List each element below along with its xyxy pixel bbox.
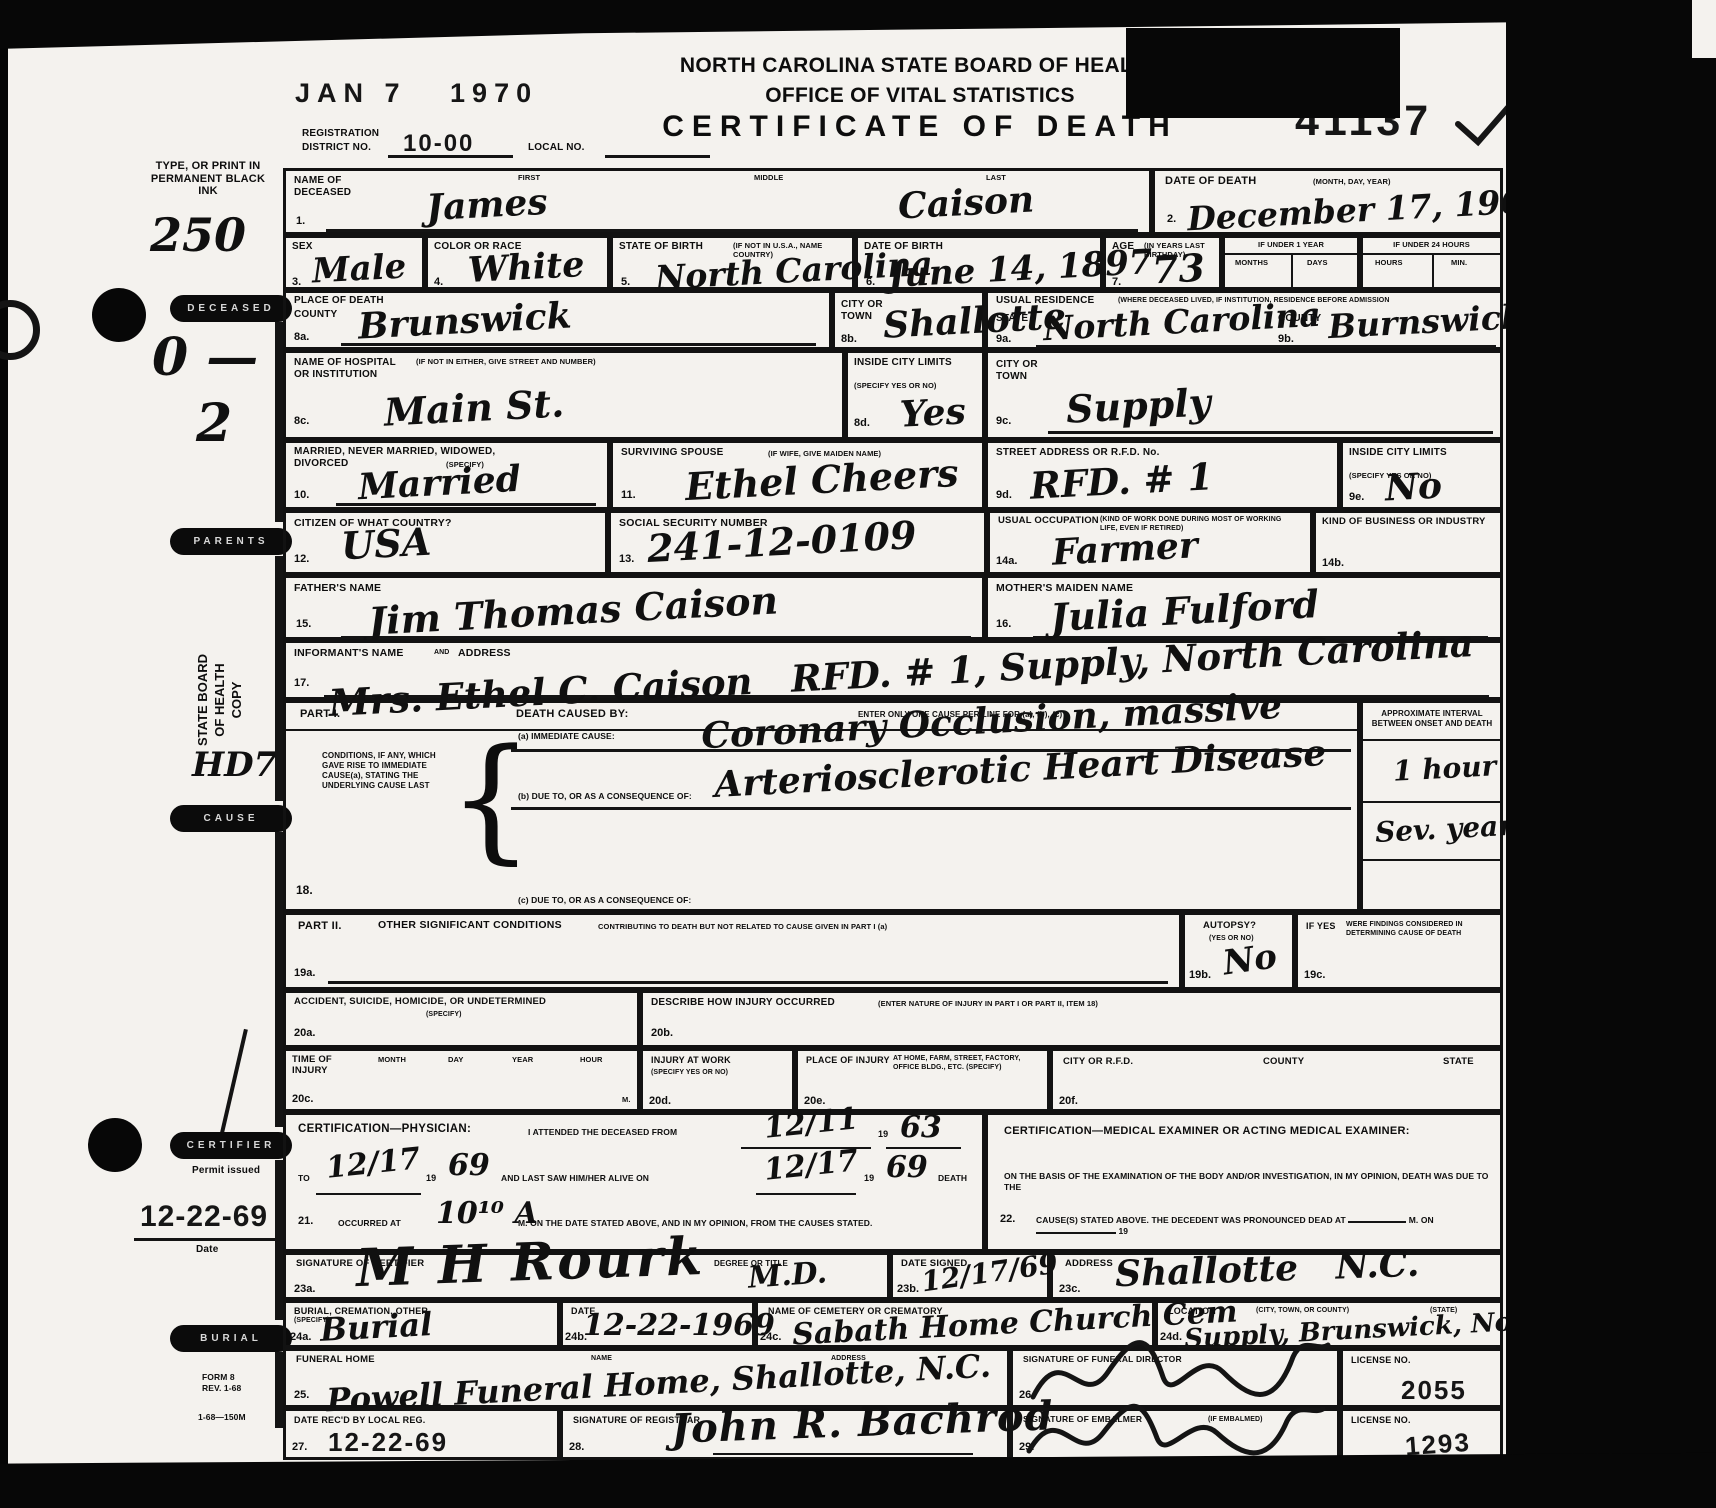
attended-to-year: 69 [448,1151,490,1181]
autopsy-value: No [1221,939,1279,980]
writing-line [886,1147,961,1149]
time-of-injury-label: TIME OF INJURY [292,1055,356,1077]
cause-a-label: (a) IMMEDIATE CAUSE: [518,731,615,742]
industry-label: KIND OF BUSINESS OR INDUSTRY [1322,517,1502,528]
certifier-signature: M H Rourk [355,1231,706,1295]
field-if-under-24-hours: IF UNDER 24 HOURS HOURS MIN. [1360,235,1503,290]
attended-from-value: 12/11 [763,1104,860,1144]
injury-at-work-label: INJURY AT WORK [651,1055,761,1065]
field-informant: INFORMANT'S NAME AND ADDRESS 17. Mrs. Et… [283,640,1503,700]
date-received-value: 12-22-69 [328,1429,448,1455]
item-number: 22. [1000,1213,1015,1225]
divider [1363,859,1500,861]
describe-injury-hint: (ENTER NATURE OF INJURY IN PART I OR PAR… [878,999,1098,1008]
part2-title: OTHER SIGNIFICANT CONDITIONS [378,920,562,932]
item-number: 19a. [294,967,315,979]
org-name-line2: OFFICE OF VITAL STATISTICS [655,84,1185,107]
field-interval-onset-death: APPROXIMATE INTERVAL BETWEEN ONSET AND D… [1360,700,1503,912]
under-24-hours-label: IF UNDER 24 HOURS [1363,240,1500,249]
permit-issued-label: Permit issued [192,1165,260,1177]
signature-flourish [713,1453,973,1455]
cause-b-label: (b) DUE TO, OR AS A CONSEQUENCE OF: [518,791,692,802]
field-inside-city-limits-residence: INSIDE CITY LIMITS (SPECIFY YES OR NO) 9… [1340,440,1503,510]
mothers-name-value: Julia Fulford [1049,585,1320,637]
attended-to-value: 12/17 [325,1144,422,1184]
city-or-rfd-label: CITY OR R.F.D. [1063,1057,1133,1068]
field-embalmer-license: LICENSE NO. 1293 [1340,1408,1503,1460]
date-of-death-value: December 17, 1969 [1186,184,1547,236]
field-inside-city-limits-death: INSIDE CITY LIMITS (SPECIFY YES OR NO) 8… [845,350,985,440]
item-number: 25. [294,1389,309,1401]
permit-date-stamp: 12-22-69 [140,1202,268,1232]
field-accident-suicide-homicide: ACCIDENT, SUICIDE, HOMICIDE, OR UNDETERM… [283,990,640,1048]
form-number-line1: FORM 8 [202,1372,235,1383]
field-place-of-injury: PLACE OF INJURY AT HOME, FARM, STREET, F… [795,1048,1050,1112]
interval-label: APPROXIMATE INTERVAL BETWEEN ONSET AND D… [1367,709,1497,729]
scan-corner-sliver [1692,0,1716,58]
hour-label: HOUR [580,1055,602,1064]
last-saw-text: AND LAST SAW HIM/HER ALIVE ON [501,1173,649,1184]
inside-city-limits-label: INSIDE CITY LIMITS [1349,447,1459,459]
scan-edge-right [1506,0,1716,1508]
field-autopsy: AUTOPSY? (YES OR NO) 19b. No [1182,912,1295,990]
informant-label: INFORMANT'S NAME [294,647,404,659]
item-number: 23a. [294,1283,315,1295]
month-label: MONTH [378,1055,406,1064]
accident-label: ACCIDENT, SUICIDE, HOMICIDE, OR UNDETERM… [294,997,594,1008]
hospital-hint: (IF NOT IN EITHER, GIVE STREET AND NUMBE… [416,357,676,366]
local-no-label: LOCAL NO. [528,142,585,154]
item-number: 20a. [294,1027,315,1039]
attended-text: I ATTENDED THE DECEASED FROM [528,1127,677,1138]
part2-hint: CONTRIBUTING TO DEATH BUT NOT RELATED TO… [598,922,1158,931]
field-date-received: DATE REC'D BY LOCAL REG. 27. 12-22-69 [283,1408,560,1460]
item-number: 27. [292,1441,307,1453]
date-signed-value: 12/17/69 [920,1250,1060,1297]
burial-value: Burial [319,1308,433,1346]
margin-tab-parents: PARENTS [170,528,292,555]
physician-cert-label: CERTIFICATION—PHYSICIAN: [298,1123,471,1136]
occupation-label: USUAL OCCUPATION [998,516,1099,527]
item-number: 9b. [1278,333,1294,345]
field-time-of-injury: TIME OF INJURY MONTH DAY YEAR HOUR 20c. … [283,1048,640,1112]
hole-punch-bottom [88,1118,142,1172]
field-injury-at-work: INJURY AT WORK (SPECIFY YES OR NO) 20d. [640,1048,795,1112]
form-number-line2: REV. 1-68 [202,1383,241,1394]
field-certifier-address: ADDRESS 23c. Shallotte N.C. [1050,1252,1503,1300]
citizen-value: USA [340,523,432,566]
informant-and: AND [434,649,449,658]
divider [1291,253,1293,290]
place-of-injury-hint: AT HOME, FARM, STREET, FACTORY, OFFICE B… [893,1055,1043,1073]
item-number: 9e. [1349,491,1364,503]
field-director-license: LICENSE NO. 2055 [1340,1348,1503,1408]
field-county-of-death: PLACE OF DEATH COUNTY 8a. Brunswick [283,290,832,350]
field-color-or-race: COLOR OR RACE 4. White [425,235,610,290]
field-ssn: SOCIAL SECURITY NUMBER 13. 241-12-0109 [608,510,987,575]
field-age: AGE (IN YEARS LAST BIRTHDAY) 7. 73 [1103,235,1222,290]
printed-19: 19 [426,1173,436,1184]
margin-tab-deceased: DECEASED [170,295,292,322]
findings-hint: WERE FINDINGS CONSIDERED IN DETERMINING … [1346,921,1496,939]
ink-instruction: TYPE, OR PRINT IN PERMANENT BLACK INK [142,160,274,198]
embalmer-signature [1021,1383,1331,1468]
field-hospital-or-institution: NAME OF HOSPITAL OR INSTITUTION (IF NOT … [283,350,845,440]
item-number: 3. [292,276,301,288]
field-certification-medical-examiner: CERTIFICATION—MEDICAL EXAMINER OR ACTING… [985,1112,1503,1252]
field-findings-considered: IF YES WERE FINDINGS CONSIDERED IN DETER… [1295,912,1503,990]
age-value: 73 [1151,249,1206,290]
street-address-value: RFD. # 1 [1029,458,1214,505]
part1-title: DEATH CAUSED BY: [516,708,629,720]
place-of-injury-label: PLACE OF INJURY [806,1055,890,1065]
item-number: 14b. [1322,557,1344,569]
item-number: 14a. [996,555,1017,567]
item-number: 9c. [996,415,1011,427]
residence-city-value: Supply [1065,383,1212,429]
age-label: AGE [1112,241,1134,253]
district-no-value: 10-00 [403,132,474,156]
field-residence-city: CITY OR TOWN 9c. Supply [985,350,1503,440]
field-occupation: USUAL OCCUPATION (KIND OF WORK DONE DURI… [987,510,1313,575]
state-label: STATE [1443,1057,1474,1068]
item-number: 5. [621,276,630,288]
director-license-value: 2055 [1401,1377,1467,1403]
injury-at-work-hint: (SPECIFY YES OR NO) [651,1069,728,1078]
divider [1363,739,1500,741]
field-date-of-birth: DATE OF BIRTH 6. June 14, 1897 [855,235,1103,290]
race-value: White [467,247,585,288]
inside-city-limits-hint: (SPECIFY YES OR NO) [854,381,954,390]
margin-scribble-2: 2 [196,398,232,450]
scan-black-block [1126,28,1400,118]
item-number: 23c. [1059,1283,1080,1295]
item-number: 2. [1167,213,1176,225]
item-number: 12. [294,553,309,565]
item-number: 24a. [290,1331,311,1343]
item-number: 21. [298,1215,313,1227]
address-label: ADDRESS [1065,1259,1113,1270]
permit-date-caption: Date [196,1244,218,1256]
field-injury-city-county-state: CITY OR R.F.D. COUNTY STATE 20f. [1050,1048,1503,1112]
street-address-label: STREET ADDRESS OR R.F.D. No. [996,447,1160,459]
county-label: COUNTY [1278,313,1321,325]
marital-value: Married [357,461,522,505]
date-of-death-label: DATE OF DEATH [1165,175,1257,187]
writing-line [326,229,1138,232]
me-19: 19 [1118,1226,1128,1236]
informant-address-label: ADDRESS [458,647,511,659]
divider [1363,801,1500,803]
print-run-code: 1-68—150M [198,1412,246,1423]
date-of-death-hint: (MONTH, DAY, YEAR) [1313,177,1391,186]
state-of-birth-label: STATE OF BIRTH [619,241,703,253]
item-number: 7. [1112,276,1121,288]
county-label: COUNTY [294,309,337,321]
org-name-line1: NORTH CAROLINA STATE BOARD OF HEALTH [655,54,1185,77]
ssn-value: 241-12-0109 [646,516,917,568]
item-number: 20f. [1059,1095,1078,1107]
hospital-label: NAME OF HOSPITAL OR INSTITUTION [294,357,412,380]
date-of-birth-label: DATE OF BIRTH [864,241,943,253]
license-label: LICENSE NO. [1351,1355,1411,1365]
hole-punch-top [92,288,146,342]
item-number: 20c. [292,1093,313,1105]
me-meridiem: M. ON [1409,1215,1434,1225]
location-label: LOCATION [1168,1306,1216,1316]
item-number: 20b. [651,1027,673,1039]
printed-19: 19 [864,1173,874,1184]
me-pronounced-part1: CAUSE(S) STATED ABOVE. THE DECEDENT WAS … [1036,1215,1346,1225]
item-number: 6. [866,276,875,288]
margin-scribble-cause: HD7 [192,748,277,782]
item-number: 8a. [294,331,309,343]
me-pronounced-text: CAUSE(S) STATED ABOVE. THE DECEDENT WAS … [1036,1215,1502,1236]
writing-line [328,981,1168,984]
cause-c-label: (c) DUE TO, OR AS A CONSEQUENCE OF: [518,895,691,906]
writing-line [756,1193,856,1195]
printed-19: 19 [878,1129,888,1140]
certificate-form: NAME OF DECEASED FIRST MIDDLE LAST 1. Ja… [283,168,1503,1460]
district-no-line [388,155,513,158]
writing-line [1036,345,1496,348]
item-number: 13. [619,553,634,565]
field-surviving-spouse: SURVIVING SPOUSE (IF WIFE, GIVE MAIDEN N… [610,440,985,510]
spouse-value: Ethel Cheers [684,454,959,506]
if-yes-label: IF YES [1306,921,1336,931]
field-embalmer-signature: SIGNATURE OF EMBALMER (IF EMBALMED) 29. [1010,1408,1340,1460]
months-label: MONTHS [1235,258,1268,267]
hospital-value: Main St. [383,384,565,431]
conditions-note: CONDITIONS, IF ANY, WHICH GAVE RISE TO I… [322,751,452,791]
hours-label: HOURS [1375,258,1403,267]
item-number: 20d. [649,1095,671,1107]
item-number: 17. [294,677,309,689]
fathers-name-value: Jim Thomas Caison [367,581,779,640]
margin-tab-certifier: CERTIFIER [170,1132,292,1159]
name-sub-label: NAME [591,1355,612,1364]
sex-value: Male [311,250,407,289]
item-number: 18. [296,883,313,897]
residence-county-value: Burnswick [1327,300,1524,343]
received-date-stamp: JAN 7 1970 [295,80,538,107]
item-number: 24c. [760,1331,781,1343]
accident-hint: (SPECIFY) [426,1011,462,1020]
spouse-label: SURVIVING SPOUSE [621,447,724,459]
item-number: 19c. [1304,969,1325,981]
burial-date-value: 12-22-1969 [583,1311,775,1341]
writing-line [1048,431,1493,434]
occurred-at-label: OCCURRED AT [338,1218,401,1229]
meridiem-label: M. [622,1095,631,1104]
first-name-value: James [425,184,548,226]
funeral-home-label: FUNERAL HOME [296,1355,375,1366]
middle-label: MIDDLE [754,173,783,182]
registrar-signature: John R. Bachrod [670,1396,1054,1449]
part1-label: PART I. [300,708,340,720]
local-no-blank [605,155,710,158]
field-marital-status: MARRIED, NEVER MARRIED, WIDOWED, DIVORCE… [283,440,610,510]
item-number: 4. [434,276,443,288]
item-number: 23b. [897,1283,919,1295]
min-label: MIN. [1451,258,1467,267]
field-part2-other-conditions: PART II. OTHER SIGNIFICANT CONDITIONS CO… [283,912,1182,990]
divider [1432,253,1434,290]
permit-date-line [134,1238,286,1241]
field-citizenship: CITIZEN OF WHAT COUNTRY? 12. USA [283,510,608,575]
item-number: 1. [296,215,305,227]
inside-city-limits-value: Yes [899,393,967,432]
field-sex: SEX 3. Male [283,235,425,290]
field-signature-of-certifier: SIGNATURE OF CERTIFIER 23a. M H Rourk DE… [283,1252,890,1300]
item-number: 8b. [841,333,857,345]
item-number: 8d. [854,417,870,429]
registration-label-line2: DISTRICT NO. [302,142,371,154]
margin-tab-burial: BURIAL [170,1325,292,1352]
autopsy-label: AUTOPSY? [1203,921,1256,932]
margin-tab-cause: CAUSE [170,805,292,832]
me-cert-label: CERTIFICATION—MEDICAL EXAMINER OR ACTING… [1004,1125,1494,1137]
me-basis-text: ON THE BASIS OF THE EXAMINATION OF THE B… [1004,1171,1494,1192]
death-label: DEATH [938,1173,967,1184]
field-if-under-1-year: IF UNDER 1 YEAR MONTHS DAYS [1222,235,1360,290]
fathers-name-label: FATHER'S NAME [294,582,381,594]
field-name-of-deceased: NAME OF DECEASED FIRST MIDDLE LAST 1. Ja… [283,168,1152,235]
degree-value: M.D. [747,1258,828,1293]
field-burial-cremation: BURIAL, CREMATION, OTHER (SPECIFY) 24a. … [283,1300,560,1348]
field-describe-injury: DESCRIBE HOW INJURY OCCURRED (ENTER NATU… [640,990,1503,1048]
alive-on-year: 69 [886,1153,928,1183]
attended-from-year: 63 [900,1113,942,1143]
item-number: 9d. [996,489,1012,501]
margin-scribble-0: 0 — [152,332,258,384]
writing-line [316,1193,421,1195]
under-1-year-label: IF UNDER 1 YEAR [1225,240,1357,249]
field-part1-cause-of-death: PART I. DEATH CAUSED BY: ENTER ONLY ONE … [283,700,1360,912]
last-name-value: Caison [897,181,1035,224]
writing-line [511,807,1351,810]
item-number: 15. [296,618,311,630]
field-date-signed: DATE SIGNED 23b. 12/17/69 [890,1252,1050,1300]
year-label: YEAR [512,1055,533,1064]
field-registrar-signature: SIGNATURE OF REGISTRAR 28. John R. Bachr… [560,1408,1010,1460]
location-hint1: (CITY, TOWN, OR COUNTY) [1256,1307,1349,1316]
field-state-of-birth: STATE OF BIRTH (IF NOT IN U.S.A., NAME C… [610,235,855,290]
days-label: DAYS [1307,258,1328,267]
field-burial-date: DATE 24b. 12-22-1969 [560,1300,755,1348]
occupation-value: Farmer [1051,527,1199,571]
item-number: 28. [569,1441,584,1453]
field-fathers-name: FATHER'S NAME 15. Jim Thomas Caison [283,575,985,640]
county-of-death-value: Brunswick [357,297,572,344]
field-street-address: STREET ADDRESS OR R.F.D. No. 9d. RFD. # … [985,440,1340,510]
item-number: 16. [996,618,1011,630]
to-label: TO [298,1173,310,1184]
date-received-label: DATE REC'D BY LOCAL REG. [294,1415,425,1425]
city-of-death-value: Shallotte [882,298,1067,344]
certifier-address-value: Shallotte N.C. [1114,1246,1419,1293]
inside-city-limits-label: INSIDE CITY LIMITS [854,357,954,369]
field-date-of-death: DATE OF DEATH (MONTH, DAY, YEAR) 2. Dece… [1152,168,1503,235]
death-certificate-scan: JAN 7 1970 NORTH CAROLINA STATE BOARD OF… [0,0,1716,1508]
name-label: NAME OF DECEASED [294,175,386,198]
item-number: 10. [294,489,309,501]
item-number: 19b. [1189,969,1211,981]
field-industry: KIND OF BUSINESS OR INDUSTRY 14b. [1313,510,1503,575]
item-number: 11. [621,489,636,501]
item-number: 8c. [294,415,309,427]
alive-on-value: 12/17 [763,1146,860,1186]
field-city-of-death: CITY OR TOWN 8b. Shallotte [832,290,985,350]
city-or-town-label: CITY OR TOWN [996,359,1051,382]
registration-label-line1: REGISTRATION [302,128,379,140]
occurred-text: M. ON THE DATE STATED ABOVE, AND IN MY O… [518,1218,978,1229]
residence-city-limits-value: No [1384,468,1443,507]
margin-scribble-250: 250 [150,212,246,258]
part2-label: PART II. [298,920,342,932]
county-label: COUNTY [1263,1057,1304,1068]
day-label: DAY [448,1055,463,1064]
license-label: LICENSE NO. [1351,1415,1411,1425]
describe-injury-label: DESCRIBE HOW INJURY OCCURRED [651,997,835,1009]
interval-a-value: 1 hour [1392,752,1497,785]
sex-label: SEX [292,241,313,253]
